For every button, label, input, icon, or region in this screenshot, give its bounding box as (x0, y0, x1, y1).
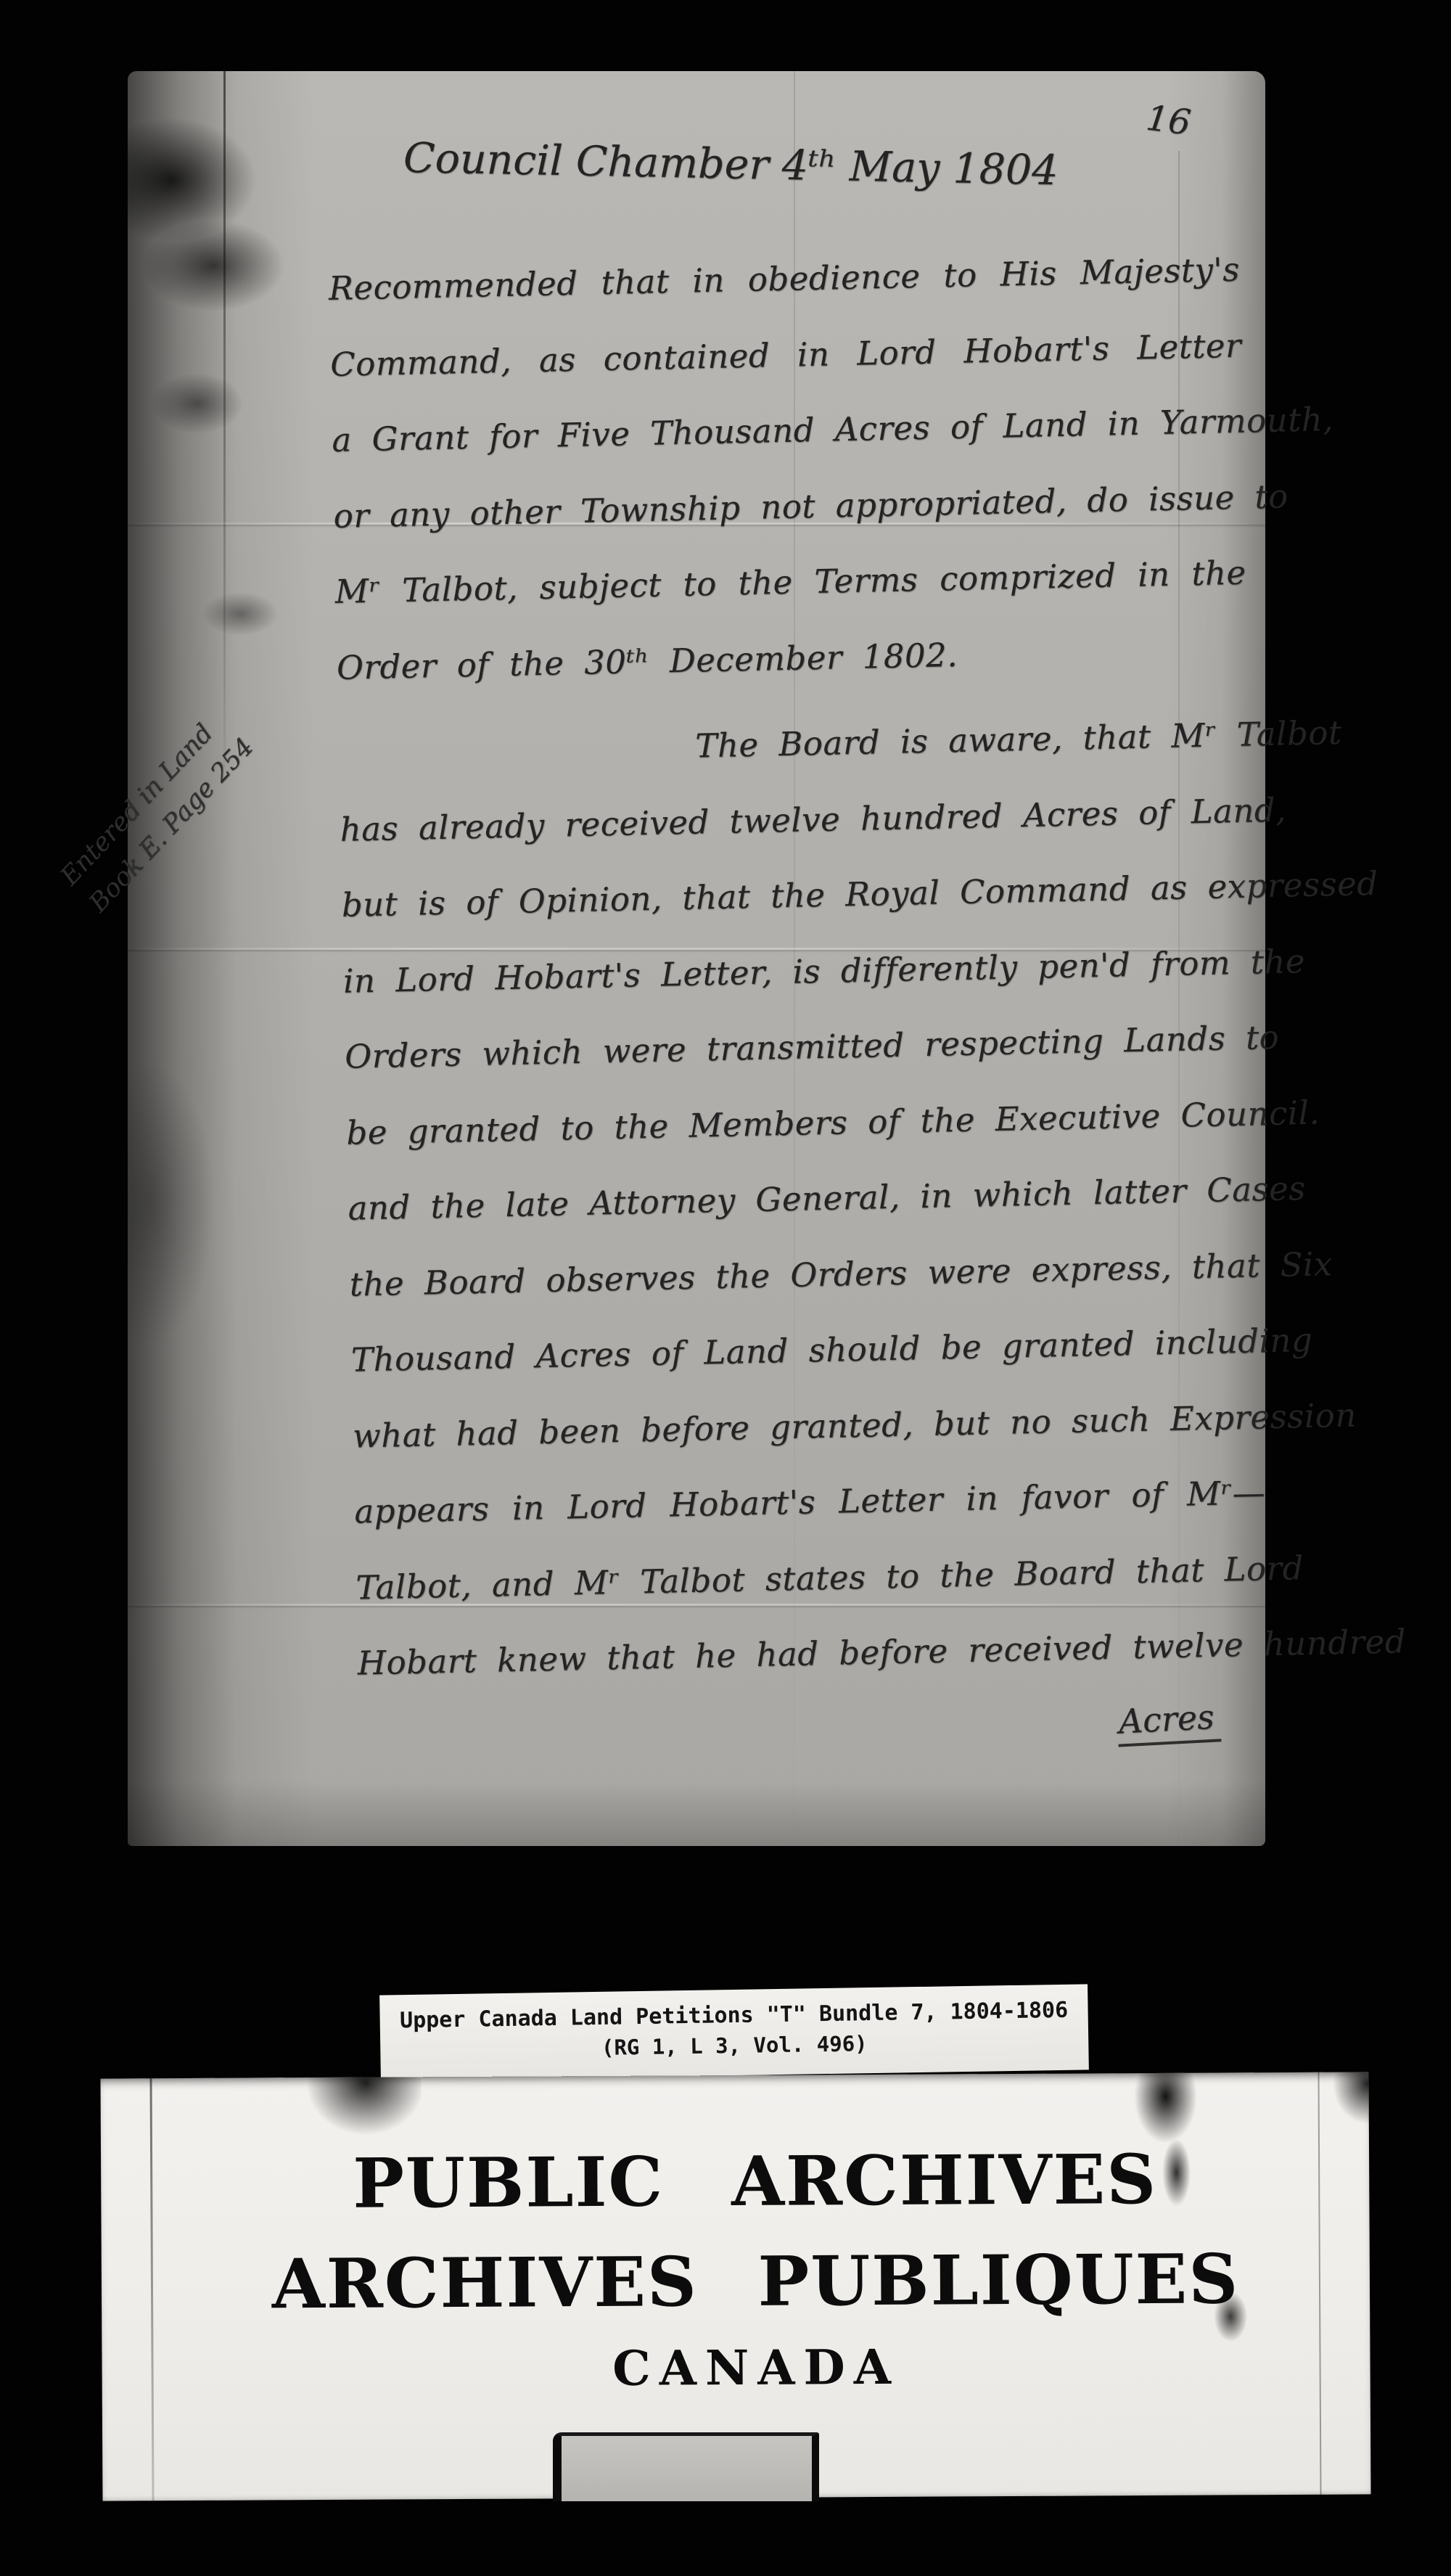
ink-blot (1213, 2290, 1248, 2342)
archives-title-french: ARCHIVES PUBLIQUES (141, 2239, 1370, 2325)
page-number: 16 (1144, 97, 1193, 143)
crease-line (223, 71, 226, 768)
ink-blot (1332, 2072, 1370, 2124)
archive-reference-label: Upper Canada Land Petitions "T" Bundle 7… (379, 1984, 1089, 2080)
card-tab (553, 2432, 819, 2501)
letter-line: The Board is aware, that Mʳ Talbot (694, 697, 1250, 784)
archives-country: CANADA (141, 2336, 1370, 2399)
archival-scan: 16 Council Chamber 4ᵗʰ May 1804 Recommen… (0, 0, 1451, 2576)
ink-blot (297, 2072, 422, 2143)
catchword: Acres (1116, 1697, 1221, 1747)
ink-blot (1122, 2072, 1209, 2215)
archive-reference-line: Upper Canada Land Petitions "T" Bundle 7… (379, 1997, 1088, 2033)
archive-reference-line: (RG 1, L 3, Vol. 496) (380, 2027, 1088, 2063)
letter-body: Recommended that in obedience to His Maj… (328, 232, 1270, 1702)
